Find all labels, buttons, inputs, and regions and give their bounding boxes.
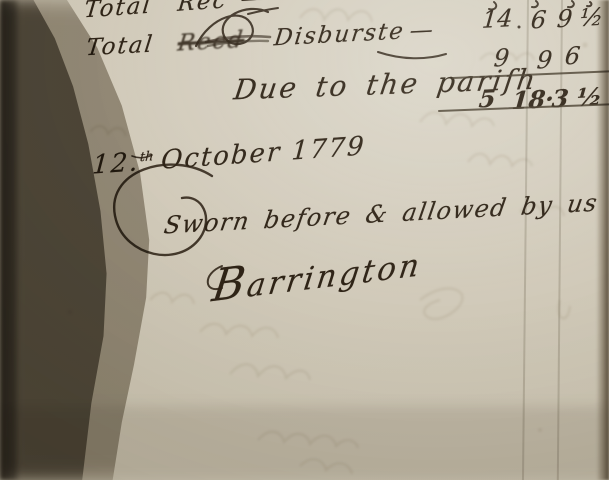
- bottom-shading: [0, 406, 609, 480]
- amount-pence-row1: 9 ½: [556, 3, 605, 34]
- amount-shillings-total: 18·: [511, 84, 555, 115]
- struck-out-word: Recd: [176, 27, 246, 57]
- received-abbrev: Rec: [176, 0, 228, 17]
- amount-shillings-row2: 9: [536, 46, 554, 75]
- amount-pence-total: 3 ½: [551, 82, 604, 114]
- total-received-line: TotalRecd—: [83, 0, 267, 23]
- disburste-swash: [378, 52, 446, 58]
- total-disbursed-word: Total: [85, 31, 156, 61]
- amount-pence-row2: 6: [564, 42, 582, 71]
- book-gutter-edge: [0, 0, 20, 480]
- amount-pounds-row2: 9: [493, 44, 511, 73]
- received-dash: —: [239, 0, 267, 13]
- ink-dot: [518, 26, 521, 29]
- amount-pounds-row1: 14: [481, 4, 514, 34]
- signature-name: Barrington: [209, 234, 426, 312]
- total-received-word: Total: [83, 0, 153, 23]
- date-ordinal: th: [139, 149, 154, 165]
- disbursed-word: Disburste: [273, 18, 407, 51]
- magistrate-signature: Barrington: [209, 234, 426, 312]
- amount-shillings-row1: 6: [530, 6, 548, 35]
- date-month-year: October 1779: [160, 131, 366, 176]
- disbursed-dash: —: [408, 17, 436, 45]
- date-day: 12.: [91, 147, 140, 181]
- manuscript-page: TotalRecd— TotalRecdDisburste— Due to th…: [0, 0, 609, 480]
- sworn-attestation-line: Sworn before & allowed by us —: [162, 186, 609, 239]
- received-superscript: d: [227, 0, 237, 2]
- total-disbursed-line: TotalRecdDisburste—: [85, 17, 437, 61]
- date-line: 12.thOctober 1779: [91, 131, 366, 180]
